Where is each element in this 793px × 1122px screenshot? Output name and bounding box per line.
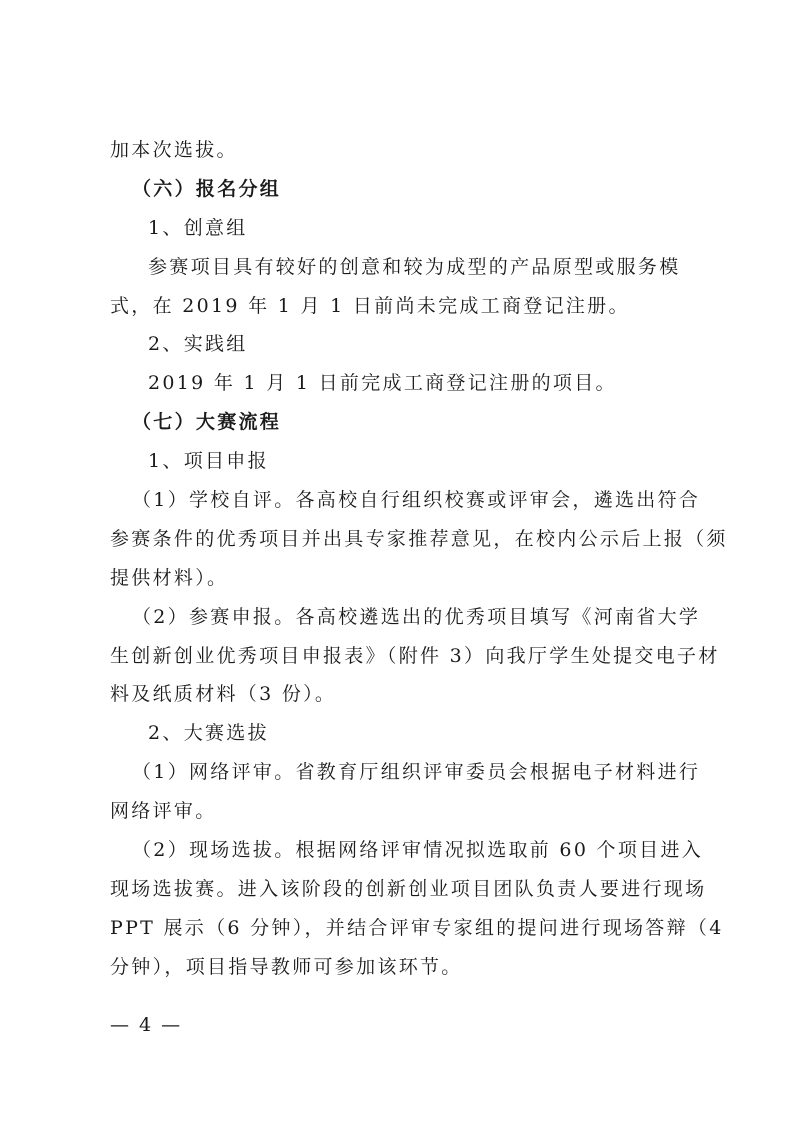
subheading-creative-group: 1、创意组 [110, 209, 688, 248]
paragraph-line: 网络评审。 [110, 792, 688, 831]
paragraph-line: 料及纸质材料（3 份）。 [110, 675, 688, 714]
paragraph-line: PPT 展示（6 分钟），并结合评审专家组的提问进行现场答辩（4 [110, 909, 688, 948]
paragraph-line: （1）网络评审。省教育厅组织评审委员会根据电子材料进行 [110, 753, 688, 792]
paragraph-line: 提供材料）。 [110, 559, 688, 598]
paragraph-line: 式，在 2019 年 1 月 1 日前尚未完成工商登记注册。 [110, 287, 688, 326]
paragraph-line: 分钟），项目指导教师可参加该环节。 [110, 948, 688, 987]
paragraph-line: 参赛条件的优秀项目并出具专家推荐意见，在校内公示后上报（须 [110, 520, 688, 559]
paragraph-line: 2019 年 1 月 1 日前完成工商登记注册的项目。 [110, 364, 688, 403]
document-page: 加本次选拔。 （六）报名分组 1、创意组 参赛项目具有较好的创意和较为成型的产品… [110, 131, 688, 987]
paragraph-line: （2）现场选拔。根据网络评审情况拟选取前 60 个项目进入 [110, 831, 688, 870]
paragraph-line: 参赛项目具有较好的创意和较为成型的产品原型或服务模 [110, 248, 688, 287]
paragraph-line: （1）学校自评。各高校自行组织校赛或评审会，遴选出符合 [110, 481, 688, 520]
section-heading-registration-groups: （六）报名分组 [110, 170, 688, 209]
subheading-practice-group: 2、实践组 [110, 325, 688, 364]
paragraph-line: （2）参赛申报。各高校遴选出的优秀项目填写《河南省大学 [110, 598, 688, 637]
paragraph-continuation: 加本次选拔。 [110, 131, 688, 170]
page-number: — 4 — [110, 1006, 182, 1044]
subheading-project-application: 1、项目申报 [110, 442, 688, 481]
section-heading-competition-process: （七）大赛流程 [110, 403, 688, 442]
paragraph-line: 生创新创业优秀项目申报表》（附件 3）向我厅学生处提交电子材 [110, 637, 688, 676]
subheading-competition-selection: 2、大赛选拔 [110, 714, 688, 753]
paragraph-line: 现场选拔赛。进入该阶段的创新创业项目团队负责人要进行现场 [110, 870, 688, 909]
